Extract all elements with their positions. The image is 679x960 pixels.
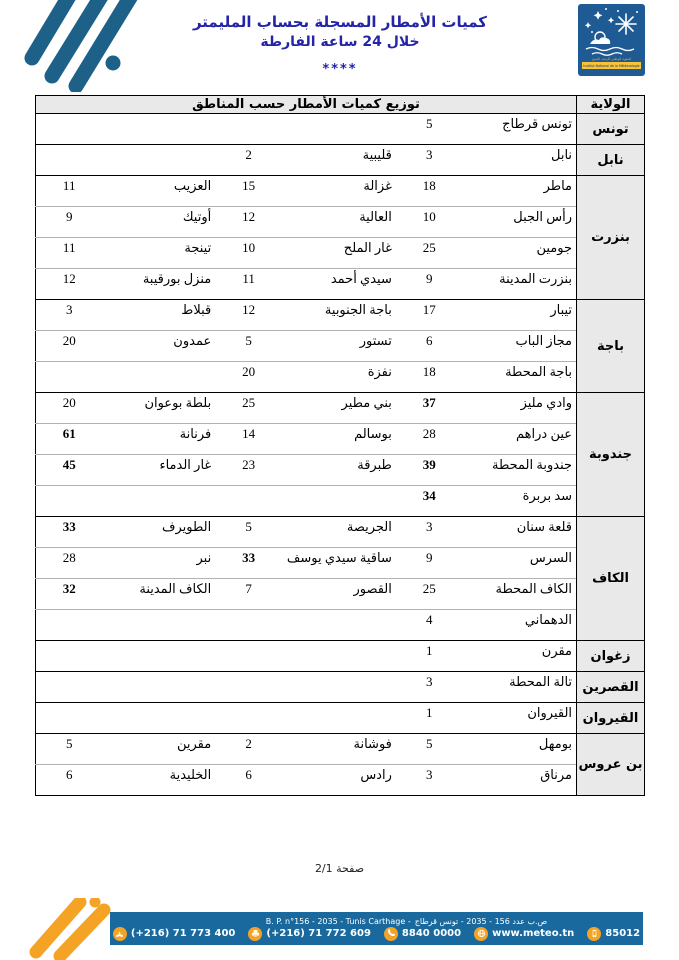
value-cell: 20	[36, 393, 103, 424]
station-cell: تيبار	[463, 300, 577, 331]
value-cell	[36, 703, 103, 734]
station-cell: السرس	[463, 548, 577, 579]
inm-meteorology-logo: المعهد الوطني للرصد الجوي Institut Natio…	[578, 4, 645, 76]
value-cell: 10	[396, 207, 463, 238]
value-cell: 11	[215, 269, 282, 300]
station-row: مرناق3رادس6الخليدية6	[36, 765, 645, 796]
station-cell: مقرين	[102, 734, 215, 765]
station-cell: تالة المحطة	[463, 672, 577, 703]
value-cell: 7	[215, 579, 282, 610]
fax-number: (+216) 71 772 609	[266, 928, 371, 939]
station-cell: بومهل	[463, 734, 577, 765]
call-center-number: 8840 0000	[402, 928, 461, 939]
mobile-icon	[587, 927, 601, 941]
station-cell: عمدون	[102, 331, 215, 362]
value-cell: 11	[36, 176, 103, 207]
fax-icon	[248, 927, 262, 941]
value-cell: 2	[215, 734, 282, 765]
phone-icon	[113, 927, 127, 941]
station-cell: مقرن	[463, 641, 577, 672]
inm-name-arabic: المعهد الوطني للرصد الجوي	[592, 57, 632, 61]
value-cell: 4	[396, 610, 463, 641]
station-cell: غار الدماء	[102, 455, 215, 486]
website-url: www.meteo.tn	[492, 928, 574, 939]
station-cell: عين دراهم	[463, 424, 577, 455]
station-cell: فوشانة	[282, 734, 396, 765]
value-cell: 45	[36, 455, 103, 486]
governorate-cell: باجة	[577, 300, 645, 393]
station-cell: العالية	[282, 207, 396, 238]
value-cell: 61	[36, 424, 103, 455]
station-cell: ماطر	[463, 176, 577, 207]
value-cell: 6	[396, 331, 463, 362]
value-cell	[36, 114, 103, 145]
value-cell: 9	[396, 269, 463, 300]
value-cell: 12	[215, 300, 282, 331]
value-cell: 5	[396, 114, 463, 145]
station-row: بنزرت المدينة9سيدي أحمد11منزل بورقيبة12	[36, 269, 645, 300]
value-cell	[36, 672, 103, 703]
value-cell: 20	[36, 331, 103, 362]
governorate-cell: تونس	[577, 114, 645, 145]
station-cell	[282, 610, 396, 641]
station-cell: نابل	[463, 145, 577, 176]
station-cell: تونس قرطاج	[463, 114, 577, 145]
station-row: جندوبة المحطة39طبرقة23غار الدماء45	[36, 455, 645, 486]
station-cell	[102, 672, 215, 703]
station-row: القصرينتالة المحطة3	[36, 672, 645, 703]
table-body: تونستونس قرطاج5نابلنابل3قليبية2بنزرتماطر…	[36, 114, 645, 796]
value-cell	[36, 610, 103, 641]
station-cell: رادس	[282, 765, 396, 796]
value-cell: 1	[396, 703, 463, 734]
contact-fax: (+216) 71 772 609	[248, 927, 371, 941]
value-cell: 3	[396, 517, 463, 548]
value-cell: 25	[396, 238, 463, 269]
station-cell	[102, 145, 215, 176]
station-cell: بني مطير	[282, 393, 396, 424]
station-cell: بوسالم	[282, 424, 396, 455]
station-row: عين دراهم28بوسالم14فرنانة61	[36, 424, 645, 455]
station-cell: الكاف المحطة	[463, 579, 577, 610]
station-cell: تستور	[282, 331, 396, 362]
governorate-cell: الكاف	[577, 517, 645, 641]
station-cell: الجريصة	[282, 517, 396, 548]
value-cell: 25	[215, 393, 282, 424]
station-cell: رأس الجبل	[463, 207, 577, 238]
governorate-cell: القصرين	[577, 672, 645, 703]
station-cell	[282, 114, 396, 145]
station-row: مجاز الباب6تستور5عمدون20	[36, 331, 645, 362]
value-cell: 12	[36, 269, 103, 300]
station-cell: ساقية سيدي يوسف	[282, 548, 396, 579]
station-cell	[102, 641, 215, 672]
inm-name-french: Institut National de la Météorologie	[583, 64, 639, 68]
station-cell: جومين	[463, 238, 577, 269]
value-cell: 28	[36, 548, 103, 579]
value-cell: 34	[396, 486, 463, 517]
value-cell: 39	[396, 455, 463, 486]
title-stars: ****	[140, 62, 540, 77]
station-cell: القيروان	[463, 703, 577, 734]
globe-icon	[474, 927, 488, 941]
station-cell: منزل بورقيبة	[102, 269, 215, 300]
station-cell: باجة المحطة	[463, 362, 577, 393]
value-cell: 6	[215, 765, 282, 796]
value-cell: 5	[215, 331, 282, 362]
station-row: نابلنابل3قليبية2	[36, 145, 645, 176]
station-cell	[282, 672, 396, 703]
station-row: رأس الجبل10العالية12أوتيك9	[36, 207, 645, 238]
station-cell	[102, 703, 215, 734]
value-cell: 2	[215, 145, 282, 176]
value-cell	[36, 145, 103, 176]
value-cell: 18	[396, 176, 463, 207]
station-cell: غزالة	[282, 176, 396, 207]
station-cell: طبرقة	[282, 455, 396, 486]
station-cell	[282, 641, 396, 672]
governorate-cell: نابل	[577, 145, 645, 176]
station-cell: سيدي أحمد	[282, 269, 396, 300]
value-cell: 3	[396, 672, 463, 703]
value-cell: 23	[215, 455, 282, 486]
contact-call-center: 8840 0000	[384, 927, 461, 941]
station-cell: سد بربرة	[463, 486, 577, 517]
table-header-row: الولاية توزيع كميات الأمطار حسب المناطق	[36, 96, 645, 114]
station-cell: فرنانة	[102, 424, 215, 455]
value-cell: 28	[396, 424, 463, 455]
sms-number: 85012	[605, 928, 640, 939]
title-line-2: خلال 24 ساعة الفارطة	[140, 32, 540, 53]
station-cell	[282, 486, 396, 517]
value-cell: 25	[396, 579, 463, 610]
value-cell: 15	[215, 176, 282, 207]
station-row: سد بربرة34	[36, 486, 645, 517]
contact-row: (+216) 71 773 400 (+216) 71 772 609 8840…	[113, 927, 640, 941]
station-row: تونستونس قرطاج5	[36, 114, 645, 145]
page-number: صفحة 2/1	[0, 862, 679, 875]
value-cell: 1	[396, 641, 463, 672]
station-cell: باجة الجنوبية	[282, 300, 396, 331]
handset-icon	[384, 927, 398, 941]
value-cell: 17	[396, 300, 463, 331]
value-cell: 5	[215, 517, 282, 548]
station-cell: غار الملح	[282, 238, 396, 269]
value-cell: 32	[36, 579, 103, 610]
value-cell: 12	[215, 207, 282, 238]
value-cell: 33	[36, 517, 103, 548]
station-row: الكاف المحطة25القصور7الكاف المدينة32	[36, 579, 645, 610]
station-row: السرس9ساقية سيدي يوسف33نبر28	[36, 548, 645, 579]
station-cell	[102, 486, 215, 517]
value-cell: 3	[36, 300, 103, 331]
station-row: الكافقلعة سنان3الجريصة5الطويرف33	[36, 517, 645, 548]
header-governorate: الولاية	[577, 96, 645, 114]
station-row: الدهماني4	[36, 610, 645, 641]
station-cell	[102, 610, 215, 641]
value-cell: 9	[396, 548, 463, 579]
page-title: كميات الأمطار المسجلة بحساب المليمتر خلا…	[140, 12, 540, 77]
governorate-cell: زغوان	[577, 641, 645, 672]
station-cell: القصور	[282, 579, 396, 610]
station-row: بنزرتماطر18غزالة15العزيب11	[36, 176, 645, 207]
value-cell	[215, 486, 282, 517]
value-cell: 33	[215, 548, 282, 579]
value-cell: 20	[215, 362, 282, 393]
value-cell: 9	[36, 207, 103, 238]
contact-website: www.meteo.tn	[474, 927, 574, 941]
station-cell: قبلاط	[102, 300, 215, 331]
station-cell: تينجة	[102, 238, 215, 269]
station-cell: بنزرت المدينة	[463, 269, 577, 300]
station-cell: نفزة	[282, 362, 396, 393]
governorate-cell: القيروان	[577, 703, 645, 734]
rain-table: الولاية توزيع كميات الأمطار حسب المناطق …	[35, 95, 645, 796]
station-cell: بلطة بوعوان	[102, 393, 215, 424]
station-row: باجةتيبار17باجة الجنوبية12قبلاط3	[36, 300, 645, 331]
value-cell	[215, 672, 282, 703]
value-cell	[215, 703, 282, 734]
footer-banner: B. P. n°156 - 2035 - Tunis Carthage - ص.…	[110, 912, 643, 945]
value-cell: 3	[396, 145, 463, 176]
report-page: كميات الأمطار المسجلة بحساب المليمتر خلا…	[0, 0, 679, 960]
governorate-cell: بنزرت	[577, 176, 645, 300]
value-cell: 6	[36, 765, 103, 796]
value-cell: 14	[215, 424, 282, 455]
station-cell	[282, 703, 396, 734]
station-row: زغوانمقرن1	[36, 641, 645, 672]
station-cell	[102, 114, 215, 145]
station-cell: مرناق	[463, 765, 577, 796]
governorate-cell: جندوبة	[577, 393, 645, 517]
governorate-cell: بن عروس	[577, 734, 645, 796]
station-cell	[102, 362, 215, 393]
value-cell: 5	[396, 734, 463, 765]
station-cell: الطويرف	[102, 517, 215, 548]
station-cell: قلعة سنان	[463, 517, 577, 548]
station-row: باجة المحطة18نفزة20	[36, 362, 645, 393]
value-cell	[36, 641, 103, 672]
address-arabic: ص.ب عدد 156 - 2035 - تونس قرطاج	[415, 917, 548, 926]
address-french: B. P. n°156 - 2035 - Tunis Carthage -	[266, 917, 411, 926]
value-cell	[215, 114, 282, 145]
value-cell	[215, 641, 282, 672]
station-cell: الخليدية	[102, 765, 215, 796]
station-row: جندوبةوادي مليز37بني مطير25بلطة بوعوان20	[36, 393, 645, 424]
station-cell: مجاز الباب	[463, 331, 577, 362]
contact-phone: (+216) 71 773 400	[113, 927, 236, 941]
value-cell: 18	[396, 362, 463, 393]
title-line-1: كميات الأمطار المسجلة بحساب المليمتر	[140, 12, 540, 32]
contact-sms: 85012	[587, 927, 640, 941]
station-cell: أوتيك	[102, 207, 215, 238]
phone-number: (+216) 71 773 400	[131, 928, 236, 939]
value-cell: 5	[36, 734, 103, 765]
station-cell: جندوبة المحطة	[463, 455, 577, 486]
station-cell: الكاف المدينة	[102, 579, 215, 610]
value-cell	[36, 362, 103, 393]
value-cell: 3	[396, 765, 463, 796]
station-row: بن عروسبومهل5فوشانة2مقرين5	[36, 734, 645, 765]
value-cell: 37	[396, 393, 463, 424]
value-cell	[36, 486, 103, 517]
value-cell: 11	[36, 238, 103, 269]
station-cell: وادي مليز	[463, 393, 577, 424]
value-cell: 10	[215, 238, 282, 269]
station-row: جومين25غار الملح10تينجة11	[36, 238, 645, 269]
station-cell: الدهماني	[463, 610, 577, 641]
address-line: B. P. n°156 - 2035 - Tunis Carthage - ص.…	[206, 917, 547, 926]
station-cell: قليبية	[282, 145, 396, 176]
station-cell: العزيب	[102, 176, 215, 207]
station-row: القيروانالقيروان1	[36, 703, 645, 734]
station-cell: نبر	[102, 548, 215, 579]
deco-stripes-bottom-left-logo	[22, 898, 117, 960]
deco-stripes-top-left-logo	[18, 0, 143, 92]
value-cell	[215, 610, 282, 641]
header-distribution: توزيع كميات الأمطار حسب المناطق	[36, 96, 577, 114]
